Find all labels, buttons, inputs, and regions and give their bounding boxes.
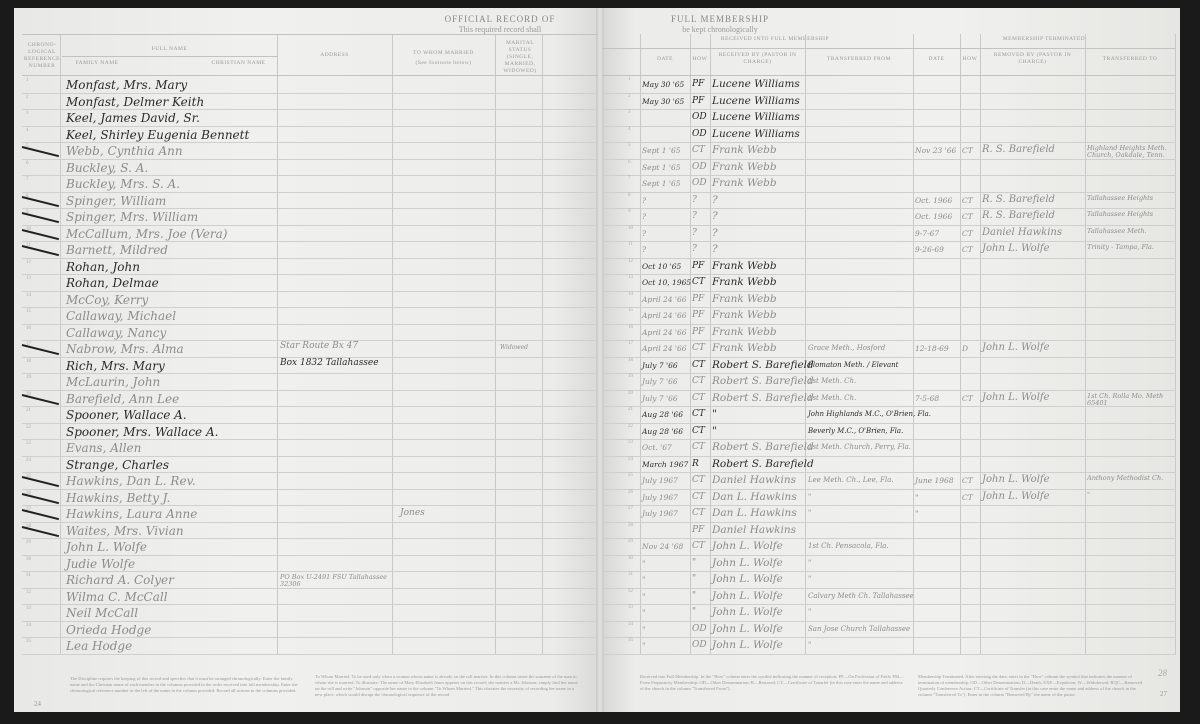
row-number-left: 7 xyxy=(26,177,29,182)
received-by: " xyxy=(712,408,717,420)
right-page-title: FULL MEMBERSHIP xyxy=(640,14,800,24)
member-name: Webb, Cynthia Ann xyxy=(66,144,183,158)
received-date: " xyxy=(642,608,645,617)
terminated-date: 9-26-69 xyxy=(915,245,944,254)
received-by: Lucene Williams xyxy=(712,111,800,123)
received-date: ? xyxy=(642,196,646,205)
member-name: Rohan, Delmae xyxy=(66,276,159,290)
row-number-right: 35 xyxy=(628,638,633,643)
ledger-row xyxy=(22,324,1176,340)
row-number-right: 15 xyxy=(628,308,633,313)
left-page-title: OFFICIAL RECORD OF xyxy=(400,14,600,24)
received-by: Robert S. Barefield xyxy=(712,458,814,470)
member-name: Spinger, William xyxy=(66,194,166,208)
row-number-right: 29 xyxy=(628,539,633,544)
member-name: Hawkins, Dan L. Rev. xyxy=(66,474,196,488)
received-by: ? xyxy=(712,243,718,255)
row-number-right: 20 xyxy=(628,391,633,396)
terminated-how: CT xyxy=(962,212,973,221)
received-how: CT xyxy=(692,409,705,419)
header-family-name: FAMILY NAME xyxy=(62,60,132,67)
row-number-right: 4 xyxy=(628,127,631,132)
ledger-row xyxy=(22,538,1176,554)
received-date: Sept 1 '65 xyxy=(642,179,681,188)
ledger-row xyxy=(22,621,1176,637)
received-date: ? xyxy=(642,212,646,221)
transferred-to: " xyxy=(1087,492,1175,499)
received-date: April 24 '66 xyxy=(642,295,687,304)
header-to-whom-married: TO WHOM MARRIED xyxy=(392,50,495,57)
removed-by: R. S. Barefield xyxy=(982,210,1055,221)
received-how: OD xyxy=(692,129,707,139)
header-rule xyxy=(62,56,277,57)
received-by: Dan L. Hawkins xyxy=(712,507,797,519)
received-by: John L. Wolfe xyxy=(712,590,783,602)
received-how: CT xyxy=(692,393,705,403)
right-footnote-received: Received into Full Membership. In the "H… xyxy=(640,674,905,692)
member-name: Barefield, Ann Lee xyxy=(66,392,179,406)
received-by: Frank Webb xyxy=(712,144,777,156)
to-whom-married: Jones xyxy=(400,508,425,518)
row-number-left: 13 xyxy=(26,276,31,281)
row-number-left: 16 xyxy=(26,326,31,331)
removed-by: R. S. Barefield xyxy=(982,194,1055,205)
transferred-to: Anthony Methodist Ch. xyxy=(1087,475,1175,482)
received-by: John L. Wolfe xyxy=(712,540,783,552)
transferred-from: Flomaton Meth. / Elevant xyxy=(808,361,899,369)
row-number-left: 30 xyxy=(26,557,31,562)
member-name: Monfast, Mrs. Mary xyxy=(66,78,187,92)
transferred-from: " xyxy=(808,493,811,501)
received-how: PF xyxy=(692,79,704,89)
received-by: Dan L. Hawkins xyxy=(712,491,797,503)
member-name: Keel, James David, Sr. xyxy=(66,111,200,125)
received-how: CT xyxy=(692,360,705,370)
member-name: Nabrow, Mrs. Alma xyxy=(66,342,184,356)
member-name: Orieda Hodge xyxy=(66,623,151,637)
received-by: Robert S. Barefield xyxy=(712,392,814,404)
member-name: Judie Wolfe xyxy=(66,557,135,571)
removed-by: R. S. Barefield xyxy=(982,144,1055,155)
received-date: May 30 '65 xyxy=(642,80,684,89)
transferred-to: Tallahassee Heights xyxy=(1087,211,1175,218)
header-how: HOW xyxy=(690,56,710,63)
member-name: John L. Wolfe xyxy=(66,540,147,554)
row-number-left: 18 xyxy=(26,359,31,364)
received-how: OD xyxy=(692,640,707,650)
row-number-left: 33 xyxy=(26,606,31,611)
row-number-left: 32 xyxy=(26,590,31,595)
received-how: PF xyxy=(692,261,704,271)
member-name: Evans, Allen xyxy=(66,441,141,455)
member-name: Buckley, S. A. xyxy=(66,161,148,175)
row-number-right: 10 xyxy=(628,226,633,231)
ledger-row xyxy=(22,522,1176,538)
row-number-right: 34 xyxy=(628,622,633,627)
received-by: Lucene Williams xyxy=(712,95,800,107)
received-date: " xyxy=(642,559,645,568)
received-date: Aug 28 '66 xyxy=(642,410,683,419)
received-how: CT xyxy=(692,376,705,386)
received-date: March 1967 xyxy=(642,460,688,469)
ledger-row xyxy=(22,291,1176,307)
member-name: Wilma C. McCall xyxy=(66,590,168,604)
row-number-right: 1 xyxy=(628,77,631,82)
row-number-right: 24 xyxy=(628,457,633,462)
right-page-subtitle: be kept chronologically xyxy=(640,25,800,34)
received-how: R xyxy=(692,459,699,469)
terminated-date: June 1968 xyxy=(915,476,954,485)
ledger-row xyxy=(22,159,1176,175)
row-rule xyxy=(22,654,598,655)
transferred-to: Highland Heights Meth. Church, Oakdale, … xyxy=(1087,145,1175,159)
transferred-from: " xyxy=(808,559,811,567)
received-date: April 24 '66 xyxy=(642,344,687,353)
header-terminated-group: MEMBERSHIP TERMINATED xyxy=(913,36,1175,43)
row-number-left: 15 xyxy=(26,309,31,314)
member-address: PO Box U-2491 FSU Tallahassee 32306 xyxy=(280,574,390,588)
header-transferred-from: TRANSFERRED FROM xyxy=(805,56,913,63)
ledger-row xyxy=(22,604,1176,620)
row-number-right: 28 xyxy=(628,523,633,528)
row-number-left: 14 xyxy=(26,293,31,298)
received-date: July 7 '66 xyxy=(642,377,678,386)
header-christian-name: CHRISTIAN NAME xyxy=(200,60,277,67)
row-number-left: 6 xyxy=(26,161,29,166)
row-number-right: 2 xyxy=(628,94,631,99)
header-marital-status: MARITAL STATUS (Single, Married, Widowed… xyxy=(497,40,543,75)
received-how: CT xyxy=(692,343,705,353)
member-name: Lea Hodge xyxy=(66,639,132,653)
received-by: Lucene Williams xyxy=(712,78,800,90)
received-how: OD xyxy=(692,162,707,172)
received-date: May 30 '65 xyxy=(642,97,684,106)
member-name: Keel, Shirley Eugenia Bennett xyxy=(66,128,249,142)
received-by: " xyxy=(712,425,717,437)
row-number-right: 18 xyxy=(628,358,633,363)
row-number-right: 16 xyxy=(628,325,633,330)
removed-by: John L. Wolfe xyxy=(982,243,1050,254)
row-number-right: 23 xyxy=(628,440,633,445)
received-by: Frank Webb xyxy=(712,326,777,338)
row-number-left: 22 xyxy=(26,425,31,430)
ledger-row xyxy=(22,571,1176,587)
terminated-how: D xyxy=(962,344,968,353)
row-number-left: 21 xyxy=(26,408,31,413)
member-name: McLaurin, John xyxy=(66,375,160,389)
transferred-from: San Jose Church Tallahassee xyxy=(808,625,910,633)
received-date: Oct 10 '65 xyxy=(642,262,681,271)
received-by: ? xyxy=(712,194,718,206)
ledger-row xyxy=(22,439,1176,455)
received-how: PF xyxy=(692,327,704,337)
received-how: ? xyxy=(692,244,697,254)
transferred-from: 1st Ch. Pensacola, Fla. xyxy=(808,542,889,550)
removed-by: John L. Wolfe xyxy=(982,491,1050,502)
received-date: ? xyxy=(642,229,646,238)
received-date: July 1967 xyxy=(642,509,678,518)
transferred-to: 1st Ch. Rolla Mo. Meth 65401 xyxy=(1087,393,1175,407)
received-date: " xyxy=(642,641,645,650)
member-name: Strange, Charles xyxy=(66,458,169,472)
received-date: July 1967 xyxy=(642,476,678,485)
received-how: CT xyxy=(692,442,705,452)
row-number-right: 30 xyxy=(628,556,633,561)
received-date: Aug 28 '66 xyxy=(642,427,683,436)
terminated-how: CT xyxy=(962,229,973,238)
removed-by: Daniel Hawkins xyxy=(982,227,1062,238)
received-how: CT xyxy=(692,492,705,502)
header-married-note: (See footnote below) xyxy=(392,60,495,67)
removed-by: John L. Wolfe xyxy=(982,392,1050,403)
transferred-from: " xyxy=(808,608,811,616)
ledger-row xyxy=(22,76,1176,92)
row-number-left: 29 xyxy=(26,540,31,545)
terminated-date: 12-18-69 xyxy=(915,344,949,353)
terminated-how: CT xyxy=(962,245,973,254)
row-number-right: 11 xyxy=(628,242,633,247)
ledger-row xyxy=(22,637,1176,653)
transferred-from: Calvary Meth Ch. Tallahassee xyxy=(808,592,914,600)
header-term-how: HOW xyxy=(960,56,980,63)
received-how: " xyxy=(692,591,696,601)
received-date: Sept 1 '65 xyxy=(642,163,681,172)
received-date: Oct 10, 1965 xyxy=(642,278,691,287)
left-page-number: 24 xyxy=(34,700,41,708)
received-how: PF xyxy=(692,294,704,304)
received-by: Robert S. Barefield xyxy=(712,359,814,371)
ledger-row xyxy=(22,555,1176,571)
transferred-from: " xyxy=(808,575,811,583)
member-name: Monfast, Delmer Keith xyxy=(66,95,204,109)
row-number-right: 27 xyxy=(628,506,633,511)
row-number-left: 19 xyxy=(26,375,31,380)
row-number-left: 3 xyxy=(26,111,29,116)
received-by: John L. Wolfe xyxy=(712,606,783,618)
received-by: Frank Webb xyxy=(712,293,777,305)
ledger-row xyxy=(22,274,1176,290)
row-number-right: 22 xyxy=(628,424,633,429)
received-how: PF xyxy=(692,310,704,320)
received-how: ? xyxy=(692,195,697,205)
received-date: " xyxy=(642,575,645,584)
row-number-left: 34 xyxy=(26,623,31,628)
received-how: CT xyxy=(692,145,705,155)
left-page-subtitle: This required record shall xyxy=(400,25,600,34)
marital-status: Widowed xyxy=(500,344,528,351)
received-by: ? xyxy=(712,227,718,239)
received-date: " xyxy=(642,592,645,601)
member-name: Spooner, Mrs. Wallace A. xyxy=(66,425,218,439)
member-name: Neil McCall xyxy=(66,606,138,620)
received-by: Frank Webb xyxy=(712,342,777,354)
member-name: McCoy, Kerry xyxy=(66,293,148,307)
terminated-how: CT xyxy=(962,476,973,485)
received-how: " xyxy=(692,558,696,568)
member-name: Callaway, Nancy xyxy=(66,326,166,340)
ledger-row xyxy=(22,307,1176,323)
ledger-row xyxy=(22,456,1176,472)
received-how: " xyxy=(692,574,696,584)
row-number-left: 23 xyxy=(26,441,31,446)
received-by: Frank Webb xyxy=(712,177,777,189)
terminated-date: " xyxy=(915,509,918,518)
right-footnote-terminated: Membership Terminated. After entering th… xyxy=(918,674,1148,698)
row-number-right: 32 xyxy=(628,589,633,594)
header-address: ADDRESS xyxy=(277,52,392,59)
header-ref-number: CHRONO-LOGICAL REFERENCE NUMBER xyxy=(22,42,62,70)
received-date: July 1967 xyxy=(642,493,678,502)
received-date: July 7 '66 xyxy=(642,361,678,370)
row-number-right: 6 xyxy=(628,160,631,165)
ledger-row xyxy=(22,373,1176,389)
row-number-left: 35 xyxy=(26,639,31,644)
received-date: " xyxy=(642,625,645,634)
row-number-right: 7 xyxy=(628,176,631,181)
row-number-left: 24 xyxy=(26,458,31,463)
left-footnote-married: To Whom Married. To be used only when a … xyxy=(315,674,580,698)
terminated-how: CT xyxy=(962,493,973,502)
row-number-right: 21 xyxy=(628,407,633,412)
transferred-from: 1st Meth. Church, Perry, Fla. xyxy=(808,443,911,451)
transferred-from: 1st Meth. Ch. xyxy=(808,377,856,385)
transferred-to: Trinity - Tampa, Fla. xyxy=(1087,244,1175,251)
ledger-row xyxy=(22,406,1176,422)
received-date: Nov 24 '68 xyxy=(642,542,683,551)
member-address: Star Route Bx 47 xyxy=(280,343,390,350)
terminated-how: CT xyxy=(962,196,973,205)
terminated-date: Nov 23 '66 xyxy=(915,146,956,155)
received-date: April 24 '66 xyxy=(642,311,687,320)
received-by: Frank Webb xyxy=(712,309,777,321)
received-how: PF xyxy=(692,96,704,106)
received-how: CT xyxy=(692,508,705,518)
terminated-date: Oct. 1966 xyxy=(915,196,952,205)
ledger-row xyxy=(22,175,1176,191)
ledger-row xyxy=(22,588,1176,604)
left-footnote-instructions: The Discipline requires the keeping of t… xyxy=(70,676,300,694)
transferred-from: 1st Meth. Ch. xyxy=(808,394,856,402)
header-full-name: FULL NAME xyxy=(62,46,277,53)
received-date: April 24 '66 xyxy=(642,328,687,337)
member-name: McCallum, Mrs. Joe (Vera) xyxy=(66,227,227,241)
removed-by: John L. Wolfe xyxy=(982,342,1050,353)
row-number-right: 25 xyxy=(628,473,633,478)
received-by: John L. Wolfe xyxy=(712,639,783,651)
received-by: Robert S. Barefield xyxy=(712,441,814,453)
member-name: Rich, Mrs. Mary xyxy=(66,359,165,373)
terminated-how: CT xyxy=(962,394,973,403)
received-how: " xyxy=(692,607,696,617)
received-by: Daniel Hawkins xyxy=(712,474,796,486)
received-how: CT xyxy=(692,475,705,485)
received-how: OD xyxy=(692,112,707,122)
received-how: OD xyxy=(692,624,707,634)
member-name: Buckley, Mrs. S. A. xyxy=(66,177,180,191)
transferred-from: " xyxy=(808,641,811,649)
member-name: Spooner, Wallace A. xyxy=(66,408,187,422)
member-name: Waites, Mrs. Vivian xyxy=(66,524,184,538)
transferred-from: " xyxy=(808,509,811,517)
transferred-from: Lee Meth. Ch., Lee, Fla. xyxy=(808,476,894,484)
received-date: July 7 '66 xyxy=(642,394,678,403)
received-date: ? xyxy=(642,245,646,254)
right-page-number: 27 xyxy=(1160,690,1167,698)
terminated-date: 9-7-67 xyxy=(915,229,939,238)
transferred-to: Tallahassee Meth. xyxy=(1087,228,1175,235)
header-received-by: RECEIVED BY (Pastor in Charge) xyxy=(710,52,805,66)
header-rule xyxy=(913,48,1176,49)
header-rule xyxy=(22,34,598,35)
row-number-right: 17 xyxy=(628,341,633,346)
received-by: Frank Webb xyxy=(712,276,777,288)
received-by: John L. Wolfe xyxy=(712,623,783,635)
header-received-group: RECEIVED INTO FULL MEMBERSHIP xyxy=(640,36,910,43)
member-name: Hawkins, Laura Anne xyxy=(66,507,197,521)
member-address: Box 1832 Tallahassee xyxy=(280,360,390,367)
ledger-row xyxy=(22,357,1176,373)
received-how: PF xyxy=(692,525,704,535)
received-how: ? xyxy=(692,211,697,221)
received-by: Daniel Hawkins xyxy=(712,524,796,536)
received-by: ? xyxy=(712,210,718,222)
received-date: Oct. '67 xyxy=(642,443,672,452)
ledger-row xyxy=(22,258,1176,274)
received-how: OD xyxy=(692,178,707,188)
header-removed-by: REMOVED BY (Pastor in Charge) xyxy=(980,52,1085,66)
member-name: Richard A. Colyer xyxy=(66,573,174,587)
header-transferred-to: TRANSFERRED TO xyxy=(1085,56,1175,63)
header-date: DATE xyxy=(640,56,690,63)
row-number-right: 33 xyxy=(628,605,633,610)
received-how: CT xyxy=(692,541,705,551)
row-number-right: 8 xyxy=(628,193,631,198)
received-by: Frank Webb xyxy=(712,161,777,173)
member-name: Rohan, John xyxy=(66,260,140,274)
received-by: Lucene Williams xyxy=(712,128,800,140)
row-number-right: 5 xyxy=(628,143,631,148)
transferred-from: Beverly M.C., O'Brien, Fla. xyxy=(808,427,903,435)
row-number-left: 31 xyxy=(26,573,31,578)
row-number-left: 4 xyxy=(26,128,29,133)
received-by: Frank Webb xyxy=(712,260,777,272)
received-by: John L. Wolfe xyxy=(712,573,783,585)
row-number-right: 13 xyxy=(628,275,633,280)
row-number-right: 19 xyxy=(628,374,633,379)
terminated-date: " xyxy=(915,493,918,502)
row-number-left: 1 xyxy=(26,78,29,83)
removed-by: John L. Wolfe xyxy=(982,474,1050,485)
received-by: Robert S. Barefield xyxy=(712,375,814,387)
terminated-date: 7-5-68 xyxy=(915,394,939,403)
received-how: ? xyxy=(692,228,697,238)
received-by: John L. Wolfe xyxy=(712,557,783,569)
received-date: Sept 1 '65 xyxy=(642,146,681,155)
transferred-from: John Highlands M.C., O'Brien, Fla. xyxy=(808,410,931,418)
member-name: Spinger, Mrs. William xyxy=(66,210,198,224)
terminated-how: CT xyxy=(962,146,973,155)
row-number-right: 31 xyxy=(628,572,633,577)
row-number-right: 3 xyxy=(628,110,631,115)
row-number-right: 14 xyxy=(628,292,633,297)
row-number-right: 12 xyxy=(628,259,633,264)
received-how: CT xyxy=(692,277,705,287)
row-number-left: 12 xyxy=(26,260,31,265)
terminated-date: Oct. 1966 xyxy=(915,212,952,221)
member-name: Hawkins, Betty J. xyxy=(66,491,170,505)
row-number-right: 9 xyxy=(628,209,631,214)
row-number-left: 2 xyxy=(26,95,29,100)
